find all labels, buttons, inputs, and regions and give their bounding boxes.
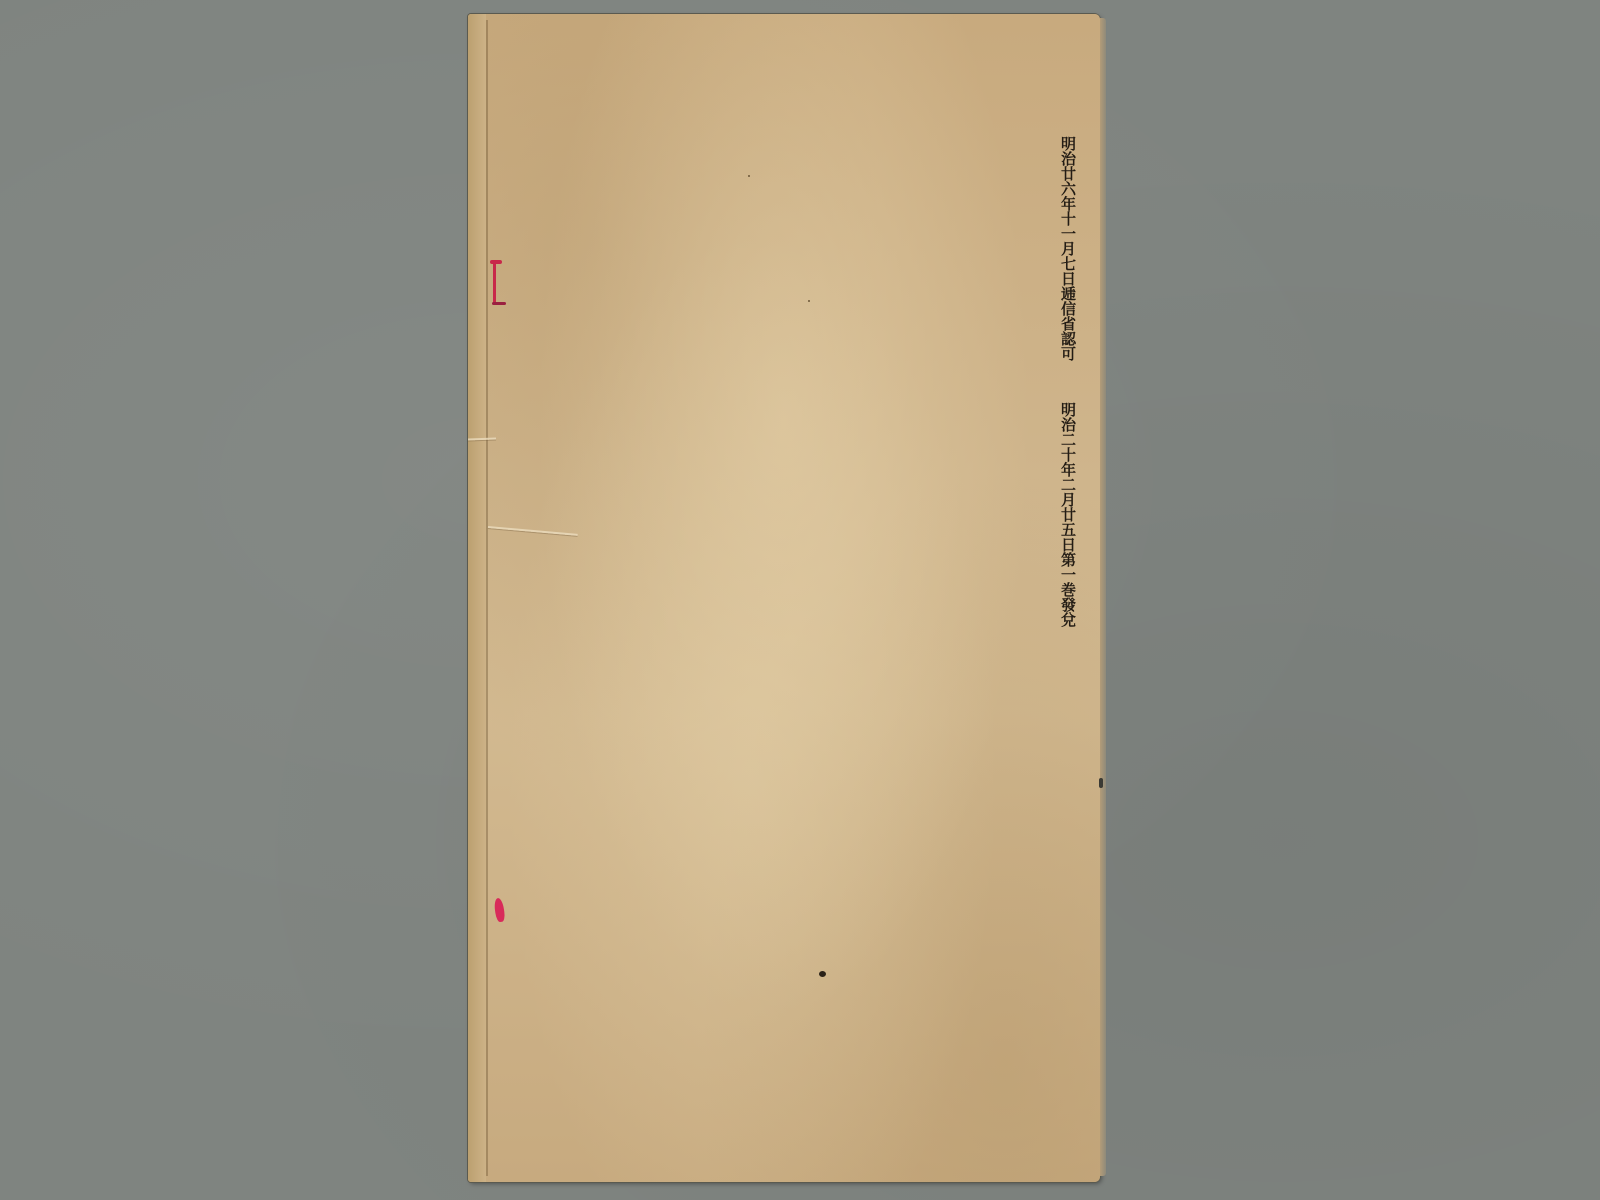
ink-spot — [819, 971, 826, 977]
cover-crease — [488, 526, 578, 536]
spine-fold-line — [486, 20, 488, 1176]
book: 明治廿六年十一月七日逓信省認可 明治二十年二月廿五日第一巻發兌 — [468, 14, 1100, 1182]
speck — [808, 300, 810, 302]
book-cover: 明治廿六年十一月七日逓信省認可 明治二十年二月廿五日第一巻發兌 — [468, 14, 1100, 1182]
approval-notice-text: 明治廿六年十一月七日逓信省認可 — [1060, 136, 1075, 361]
binding-thread-top-stitch — [493, 260, 496, 304]
binding-thread-top — [490, 260, 502, 264]
page-edge — [1100, 18, 1106, 1176]
binding-thread-top-end — [492, 302, 506, 305]
spine-strip — [468, 14, 486, 1182]
edge-damage — [1099, 778, 1103, 788]
speck — [748, 175, 750, 177]
binding-thread-bottom — [493, 897, 505, 922]
publication-date-text: 明治二十年二月廿五日第一巻發兌 — [1060, 402, 1075, 627]
